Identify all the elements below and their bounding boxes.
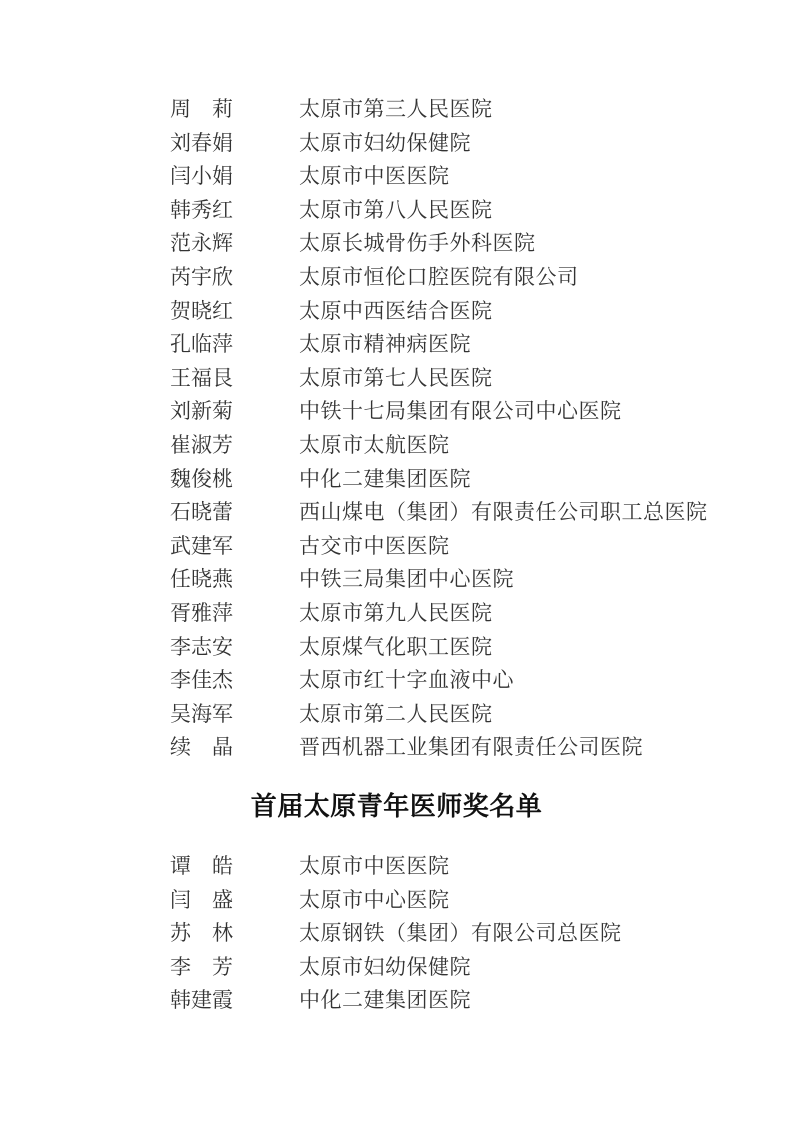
recipient-name: 王福艮: [170, 362, 299, 396]
recipient-name: 李志安: [170, 631, 299, 665]
hospital-name: 太原市恒伦口腔医院有限公司: [299, 261, 793, 295]
roster-row: 李志安太原煤气化职工医院: [0, 631, 793, 665]
hospital-name: 太原市第三人民医院: [299, 93, 793, 127]
roster-row: 任晓燕中铁三局集团中心医院: [0, 563, 793, 597]
recipient-name: 任晓燕: [170, 563, 299, 597]
hospital-name: 西山煤电（集团）有限责任公司职工总医院: [299, 496, 793, 530]
roster-row: 李佳杰太原市红十字血液中心: [0, 664, 793, 698]
hospital-name: 中化二建集团医院: [299, 984, 793, 1018]
hospital-name: 太原市妇幼保健院: [299, 951, 793, 985]
recipient-name: 胥雅萍: [170, 597, 299, 631]
roster-row: 王福艮太原市第七人民医院: [0, 362, 793, 396]
award-roster-continued: 周 莉太原市第三人民医院刘春娟太原市妇幼保健院闫小娟太原市中医医院韩秀红太原市第…: [0, 93, 793, 765]
hospital-name: 太原市太航医院: [299, 429, 793, 463]
document-page: 周 莉太原市第三人民医院刘春娟太原市妇幼保健院闫小娟太原市中医医院韩秀红太原市第…: [0, 0, 793, 1122]
recipient-name: 闫 盛: [170, 884, 299, 918]
recipient-name: 崔淑芳: [170, 429, 299, 463]
roster-row: 续 晶晋西机器工业集团有限责任公司医院: [0, 731, 793, 765]
roster-row: 刘春娟太原市妇幼保健院: [0, 127, 793, 161]
recipient-name: 闫小娟: [170, 160, 299, 194]
hospital-name: 太原市中医医院: [299, 850, 793, 884]
recipient-name: 吴海军: [170, 698, 299, 732]
roster-row: 李 芳太原市妇幼保健院: [0, 951, 793, 985]
youth-award-roster: 谭 皓太原市中医医院闫 盛太原市中心医院苏 林太原钢铁（集团）有限公司总医院李 …: [0, 850, 793, 1018]
roster-row: 芮宇欣太原市恒伦口腔医院有限公司: [0, 261, 793, 295]
hospital-name: 太原煤气化职工医院: [299, 631, 793, 665]
roster-row: 周 莉太原市第三人民医院: [0, 93, 793, 127]
roster-row: 胥雅萍太原市第九人民医院: [0, 597, 793, 631]
hospital-name: 太原市红十字血液中心: [299, 664, 793, 698]
roster-row: 孔临萍太原市精神病医院: [0, 328, 793, 362]
roster-row: 吴海军太原市第二人民医院: [0, 698, 793, 732]
recipient-name: 续 晶: [170, 731, 299, 765]
hospital-name: 太原市第二人民医院: [299, 698, 793, 732]
roster-row: 武建军古交市中医医院: [0, 530, 793, 564]
roster-row: 石晓蕾西山煤电（集团）有限责任公司职工总医院: [0, 496, 793, 530]
recipient-name: 武建军: [170, 530, 299, 564]
roster-row: 崔淑芳太原市太航医院: [0, 429, 793, 463]
hospital-name: 太原市第七人民医院: [299, 362, 793, 396]
hospital-name: 中铁十七局集团有限公司中心医院: [299, 395, 793, 429]
recipient-name: 李 芳: [170, 951, 299, 985]
hospital-name: 太原长城骨伤手外科医院: [299, 227, 793, 261]
hospital-name: 太原市中医医院: [299, 160, 793, 194]
recipient-name: 李佳杰: [170, 664, 299, 698]
recipient-name: 刘春娟: [170, 127, 299, 161]
recipient-name: 刘新菊: [170, 395, 299, 429]
hospital-name: 中铁三局集团中心医院: [299, 563, 793, 597]
recipient-name: 贺晓红: [170, 295, 299, 329]
roster-row: 苏 林太原钢铁（集团）有限公司总医院: [0, 917, 793, 951]
recipient-name: 魏俊桃: [170, 463, 299, 497]
recipient-name: 周 莉: [170, 93, 299, 127]
hospital-name: 太原钢铁（集团）有限公司总医院: [299, 917, 793, 951]
recipient-name: 苏 林: [170, 917, 299, 951]
roster-row: 闫小娟太原市中医医院: [0, 160, 793, 194]
recipient-name: 韩建霞: [170, 984, 299, 1018]
roster-row: 刘新菊中铁十七局集团有限公司中心医院: [0, 395, 793, 429]
section-title: 首届太原青年医师奖名单: [0, 791, 793, 823]
hospital-name: 太原市妇幼保健院: [299, 127, 793, 161]
roster-row: 韩建霞中化二建集团医院: [0, 984, 793, 1018]
roster-row: 韩秀红太原市第八人民医院: [0, 194, 793, 228]
roster-row: 谭 皓太原市中医医院: [0, 850, 793, 884]
roster-row: 贺晓红太原中西医结合医院: [0, 295, 793, 329]
recipient-name: 石晓蕾: [170, 496, 299, 530]
roster-row: 魏俊桃中化二建集团医院: [0, 463, 793, 497]
hospital-name: 太原市第八人民医院: [299, 194, 793, 228]
hospital-name: 晋西机器工业集团有限责任公司医院: [299, 731, 793, 765]
recipient-name: 孔临萍: [170, 328, 299, 362]
roster-row: 范永辉太原长城骨伤手外科医院: [0, 227, 793, 261]
recipient-name: 芮宇欣: [170, 261, 299, 295]
hospital-name: 古交市中医医院: [299, 530, 793, 564]
hospital-name: 太原中西医结合医院: [299, 295, 793, 329]
hospital-name: 太原市第九人民医院: [299, 597, 793, 631]
recipient-name: 谭 皓: [170, 850, 299, 884]
hospital-name: 太原市中心医院: [299, 884, 793, 918]
recipient-name: 韩秀红: [170, 194, 299, 228]
roster-row: 闫 盛太原市中心医院: [0, 884, 793, 918]
hospital-name: 太原市精神病医院: [299, 328, 793, 362]
recipient-name: 范永辉: [170, 227, 299, 261]
hospital-name: 中化二建集团医院: [299, 463, 793, 497]
